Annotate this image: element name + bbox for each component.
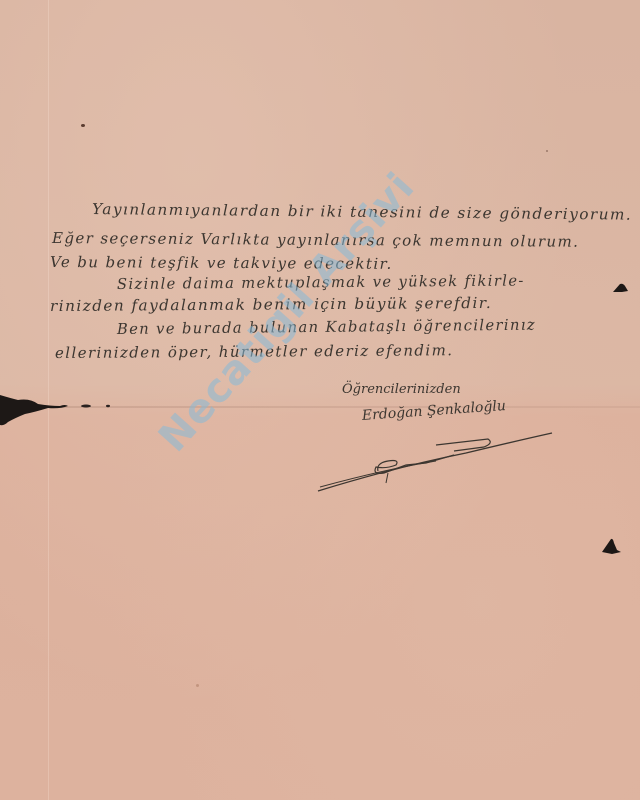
- signature-scrawl: [316, 425, 556, 495]
- closing-salutation: Öğrencilerinizden: [342, 382, 461, 397]
- letter-body: Yayınlanmıyanlardan bir iki tanesini de …: [0, 0, 640, 800]
- letter-line-6: Ben ve burada bulunan Kabataşlı öğrencil…: [117, 316, 536, 338]
